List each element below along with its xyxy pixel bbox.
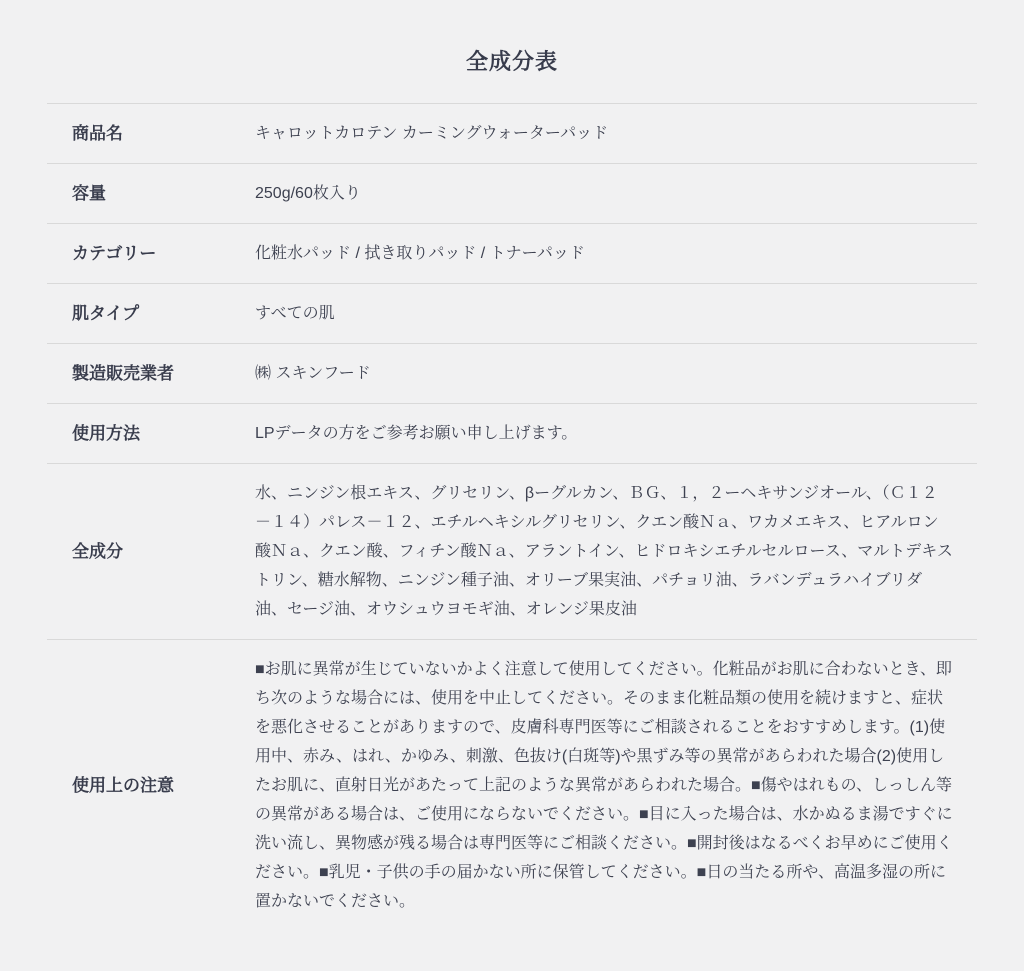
- row-label: 使用上の注意: [47, 771, 255, 800]
- table-row-ingredients: 全成分 水、ニンジン根エキス、グリセリン、βーグルカン、ＢＧ、１，２ーヘキサンジ…: [47, 464, 977, 640]
- row-label: 商品名: [47, 119, 255, 148]
- page-title: 全成分表: [47, 0, 977, 103]
- row-value: ㈱ スキンフード: [255, 359, 977, 388]
- row-value: LPデータの方をご参考お願い申し上げます。: [255, 419, 977, 448]
- table-row-category: カテゴリー 化粧水パッド / 拭き取りパッド / トナーパッド: [47, 224, 977, 284]
- row-value: ■お肌に異常が生じていないかよく注意して使用してください。化粧品がお肌に合わない…: [255, 655, 977, 916]
- row-label: 製造販売業者: [47, 359, 255, 388]
- row-value: 化粧水パッド / 拭き取りパッド / トナーパッド: [255, 239, 977, 268]
- ingredient-sheet: 全成分表 商品名 キャロットカロテン カーミングウォーターパッド 容量 250g…: [47, 0, 977, 931]
- table-row-capacity: 容量 250g/60枚入り: [47, 164, 977, 224]
- table-row-manufacturer: 製造販売業者 ㈱ スキンフード: [47, 344, 977, 404]
- row-label: 全成分: [47, 537, 255, 566]
- row-label: カテゴリー: [47, 239, 255, 268]
- table-row-product-name: 商品名 キャロットカロテン カーミングウォーターパッド: [47, 104, 977, 164]
- row-label: 容量: [47, 179, 255, 208]
- table-row-skin-type: 肌タイプ すべての肌: [47, 284, 977, 344]
- row-value: 水、ニンジン根エキス、グリセリン、βーグルカン、ＢＧ、１，２ーヘキサンジオール、…: [255, 479, 977, 624]
- table-row-precautions: 使用上の注意 ■お肌に異常が生じていないかよく注意して使用してください。化粧品が…: [47, 640, 977, 931]
- table-row-usage: 使用方法 LPデータの方をご参考お願い申し上げます。: [47, 404, 977, 464]
- row-label: 使用方法: [47, 419, 255, 448]
- row-value: すべての肌: [255, 299, 977, 328]
- row-value: キャロットカロテン カーミングウォーターパッド: [255, 119, 977, 148]
- row-label: 肌タイプ: [47, 299, 255, 328]
- row-value: 250g/60枚入り: [255, 179, 977, 208]
- spec-table: 商品名 キャロットカロテン カーミングウォーターパッド 容量 250g/60枚入…: [47, 103, 977, 931]
